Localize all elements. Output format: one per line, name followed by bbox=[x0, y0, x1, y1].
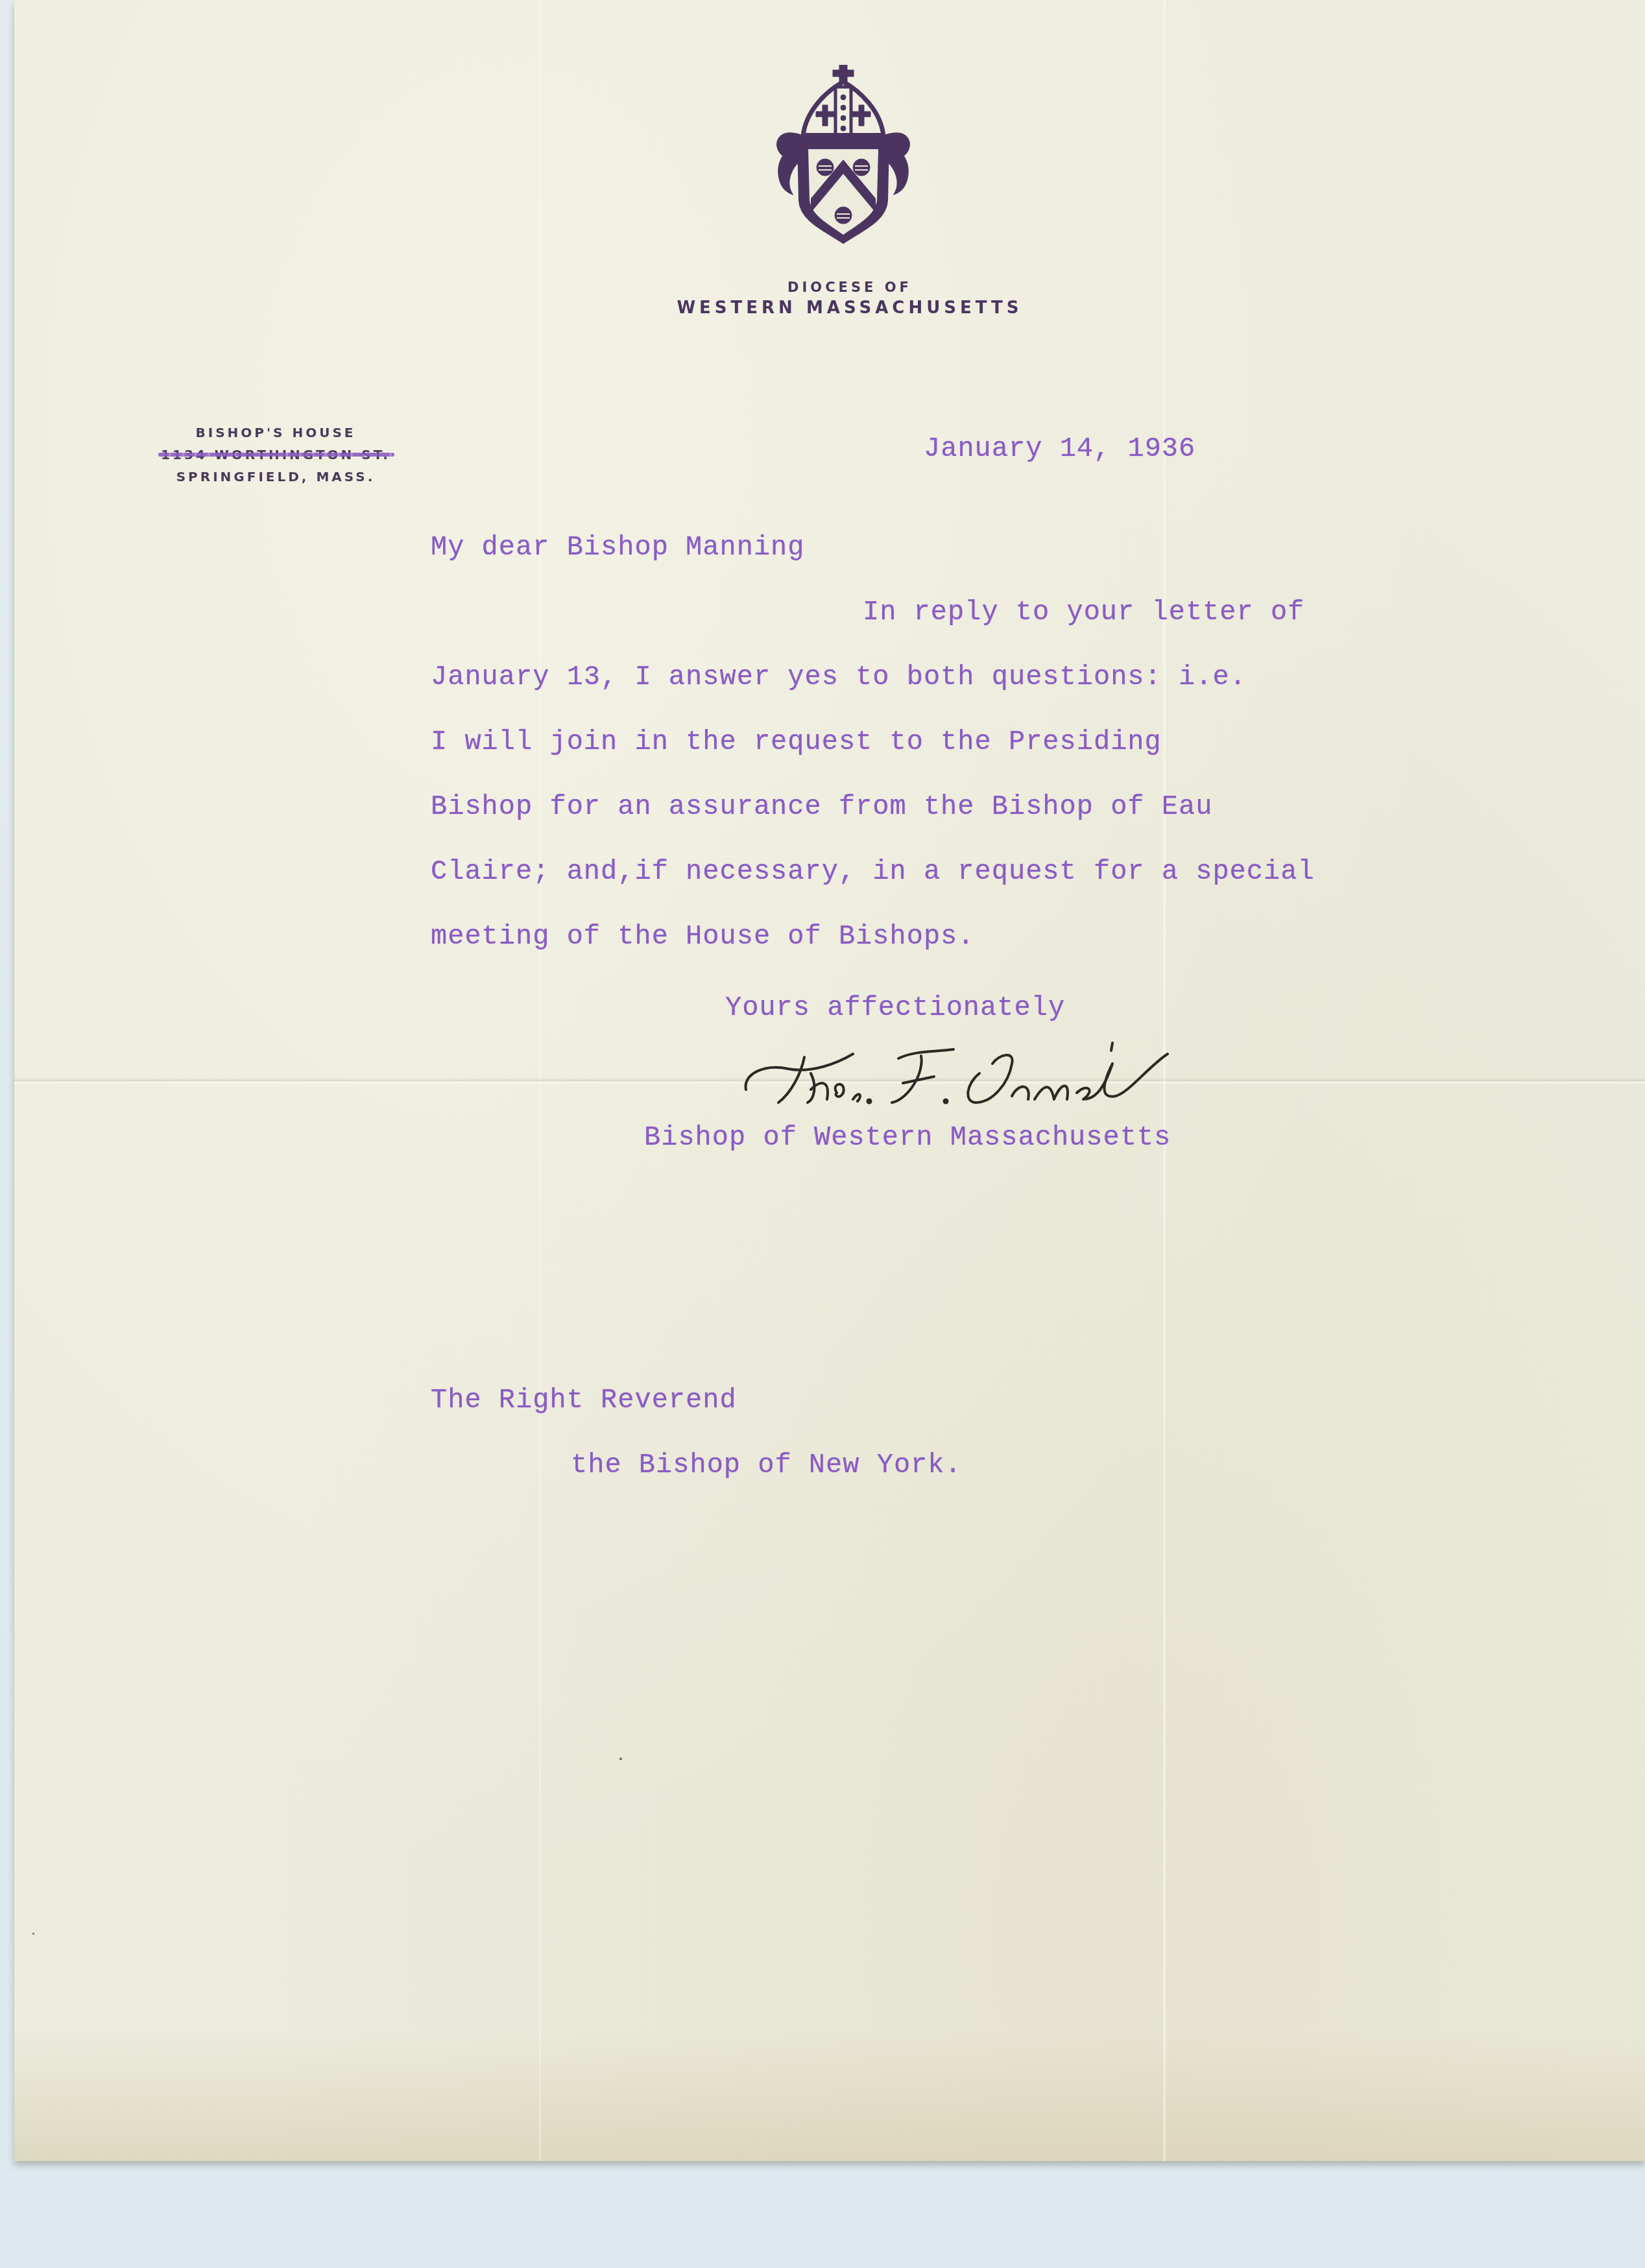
paper-speck bbox=[32, 1933, 34, 1935]
return-address: BISHOP'S HOUSE 1134 WORTHINGTON ST. SPRI… bbox=[104, 422, 448, 488]
vertical-fold-crease-faint bbox=[538, 0, 542, 2161]
diocesan-crest-icon bbox=[765, 65, 921, 246]
handwritten-signature: Thos. F. Davies bbox=[739, 1038, 1207, 1109]
body-line: In reply to your letter of bbox=[863, 597, 1304, 628]
signer-title: Bishop of Western Massachusetts bbox=[644, 1122, 1171, 1153]
letterhead-masthead: DIOCESE OF WESTERN MASSACHUSETTS bbox=[623, 278, 1077, 319]
body-line: January 13, I answer yes to both questio… bbox=[431, 662, 1247, 693]
letter-closing: Yours affectionately bbox=[725, 992, 1065, 1023]
return-address-struck-street: 1134 WORTHINGTON ST. bbox=[161, 444, 390, 466]
paper-speck bbox=[619, 1758, 622, 1760]
body-line: meeting of the House of Bishops. bbox=[431, 921, 975, 952]
return-address-line-1: BISHOP'S HOUSE bbox=[104, 422, 448, 444]
masthead-line-1: DIOCESE OF bbox=[623, 278, 1077, 297]
body-line: Claire; and,if necessary, in a request f… bbox=[431, 856, 1315, 887]
recipient-line-1: The Right Reverend bbox=[431, 1385, 737, 1416]
letter-salutation: My dear Bishop Manning bbox=[431, 532, 805, 563]
letter-date: January 14, 1936 bbox=[924, 433, 1195, 464]
masthead-line-2: WESTERN MASSACHUSETTS bbox=[623, 297, 1077, 319]
body-line: Bishop for an assurance from the Bishop … bbox=[431, 791, 1212, 822]
return-address-line-3: SPRINGFIELD, MASS. bbox=[104, 466, 448, 488]
recipient-line-2: the Bishop of New York. bbox=[571, 1450, 962, 1481]
body-line: I will join in the request to the Presid… bbox=[431, 726, 1162, 758]
